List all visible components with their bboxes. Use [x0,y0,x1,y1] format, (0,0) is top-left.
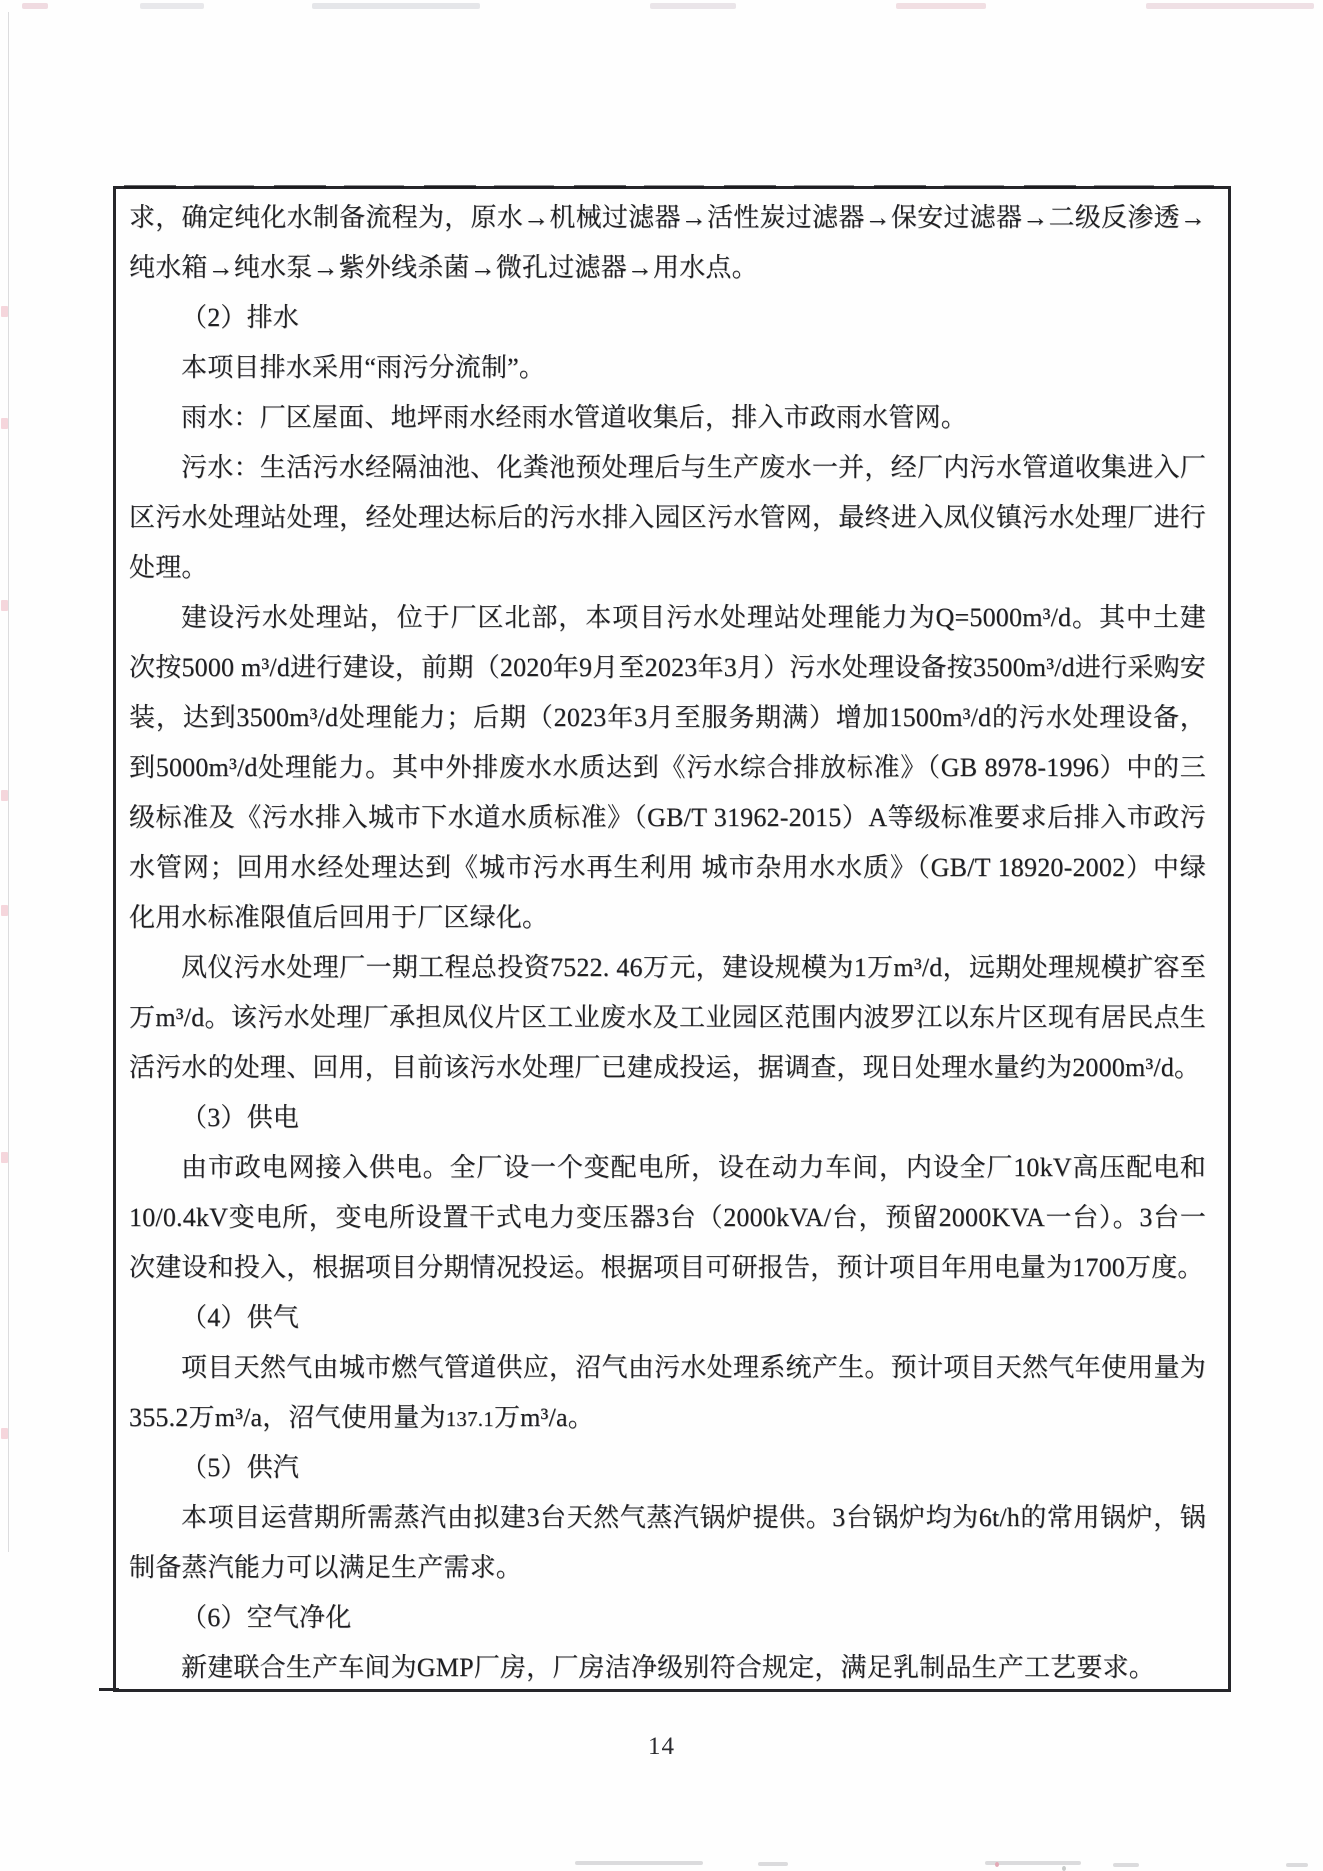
text-line: 求，确定纯化水制备流程为，原水→机械过滤器→活性炭过滤器→保安过滤器→二级反渗透… [129,193,1206,243]
scan-artifact [1062,1866,1066,1871]
text-line: 次建设和投入，根据项目分期情况投运。根据项目可研报告，预计项目年用电量为1700… [129,1243,1206,1293]
text-line: 355.2万m³/a，沼气使用量为137.1万m³/a。 [129,1393,1206,1443]
text-line: 项目天然气由城市燃气管道供应，沼气由污水处理系统产生。预计项目天然气年使用量为 [129,1343,1206,1393]
section-heading-steam-supply: （5）供汽 [129,1443,1206,1493]
scan-artifact [758,1862,788,1866]
scan-artifact [995,1862,999,1867]
text-line: 装，达到3500m³/d处理能力；后期（2023年3月至服务期满）增加1500m… [129,693,1206,743]
scan-artifact [575,1861,703,1865]
scan-artifact [1113,1863,1139,1867]
text-line: 由市政电网接入供电。全厂设一个变配电所，设在动力车间，内设全厂10kV高压配电和 [129,1143,1206,1193]
scan-artifact [312,3,480,9]
text-run: 万m³/a。 [494,1403,594,1432]
section-heading-air-purification: （6）空气净化 [129,1593,1206,1643]
text-line: 10/0.4kV变电所，变电所设置干式电力变压器3台（2000kVA/台，预留2… [129,1193,1206,1243]
scan-artifact [1286,1863,1308,1867]
scan-edge-line [8,12,9,1552]
text-line: 凤仪污水处理厂一期工程总投资7522. 46万元，建设规模为1万m³/d，远期处… [129,943,1206,993]
scan-artifact [985,1861,1081,1865]
text-line: 处理。 [129,543,1206,593]
text-line: 雨水：厂区屋面、地坪雨水经雨水管道收集后，排入市政雨水管网。 [129,393,1206,443]
scan-artifact [22,3,48,9]
text-line: 建设污水处理站，位于厂区北部，本项目污水处理站处理能力为Q=5000m³/d。其… [129,593,1206,643]
scan-artifact [896,3,986,9]
page-number: 14 [0,1733,1323,1761]
scan-artifact [140,3,204,9]
scan-artifact [650,3,736,9]
text-line: 万m³/d。该污水处理厂承担凤仪片区工业废水及工业园区范围内波罗江以东片区现有居… [129,993,1206,1043]
scan-artifact [1146,3,1314,9]
scan-artifact [1,905,8,916]
text-line: 新建联合生产车间为GMP厂房，厂房洁净级别符合规定，满足乳制品生产工艺要求。 [129,1643,1206,1693]
content-border-box: 求，确定纯化水制备流程为，原水→机械过滤器→活性炭过滤器→保安过滤器→二级反渗透… [113,186,1231,1692]
section-heading-drainage: （2）排水 [129,293,1206,343]
scan-artifact [1,306,8,317]
scanned-document-page: { "page": { "number": "14" }, "colors": … [0,0,1323,1871]
text-line: 活污水的处理、回用，目前该污水处理厂已建成投运，据调查，现日处理水量约为2000… [129,1043,1206,1093]
text-line: 本项目排水采用“雨污分流制”。 [129,343,1206,393]
text-line: 化用水标准限值后回用于厂区绿化。 [129,893,1206,943]
text-line: 制备蒸汽能力可以满足生产需求。 [129,1543,1206,1593]
text-line: 污水：生活污水经隔油池、化粪池预处理后与生产废水一并，经厂内污水管道收集进入厂 [129,443,1206,493]
section-heading-gas-supply: （4）供气 [129,1293,1206,1343]
text-line: 本项目运营期所需蒸汽由拟建3台天然气蒸汽锅炉提供。3台锅炉均为6t/h的常用锅炉… [129,1493,1206,1543]
text-line: 到5000m³/d处理能力。其中外排废水水质达到《污水综合排放标准》（GB 89… [129,743,1206,793]
text-line: 次按5000 m³/d进行建设，前期（2020年9月至2023年3月）污水处理设… [129,643,1206,693]
document-text: 求，确定纯化水制备流程为，原水→机械过滤器→活性炭过滤器→保安过滤器→二级反渗透… [129,193,1206,1693]
scan-artifact [1,1428,8,1439]
text-line: 级标准及《污水排入城市下水道水质标准》（GB/T 31962-2015）A等级标… [129,793,1206,843]
scan-artifact [1,790,8,801]
text-run: 137.1 [446,1407,494,1431]
text-line: 区污水处理站处理，经处理达标后的污水排入园区污水管网，最终进入凤仪镇污水处理厂进… [129,493,1206,543]
text-line: 纯水箱→纯水泵→紫外线杀菌→微孔过滤器→用水点。 [129,243,1206,293]
text-run: 355.2万m³/a，沼气使用量为 [129,1403,446,1432]
section-heading-power-supply: （3）供电 [129,1093,1206,1143]
text-line: 水管网；回用水经处理达到《城市污水再生利用 城市杂用水水质》（GB/T 1892… [129,843,1206,893]
scan-artifact [1,418,8,429]
scan-artifact [1,1152,8,1163]
scan-artifact [1,600,8,611]
